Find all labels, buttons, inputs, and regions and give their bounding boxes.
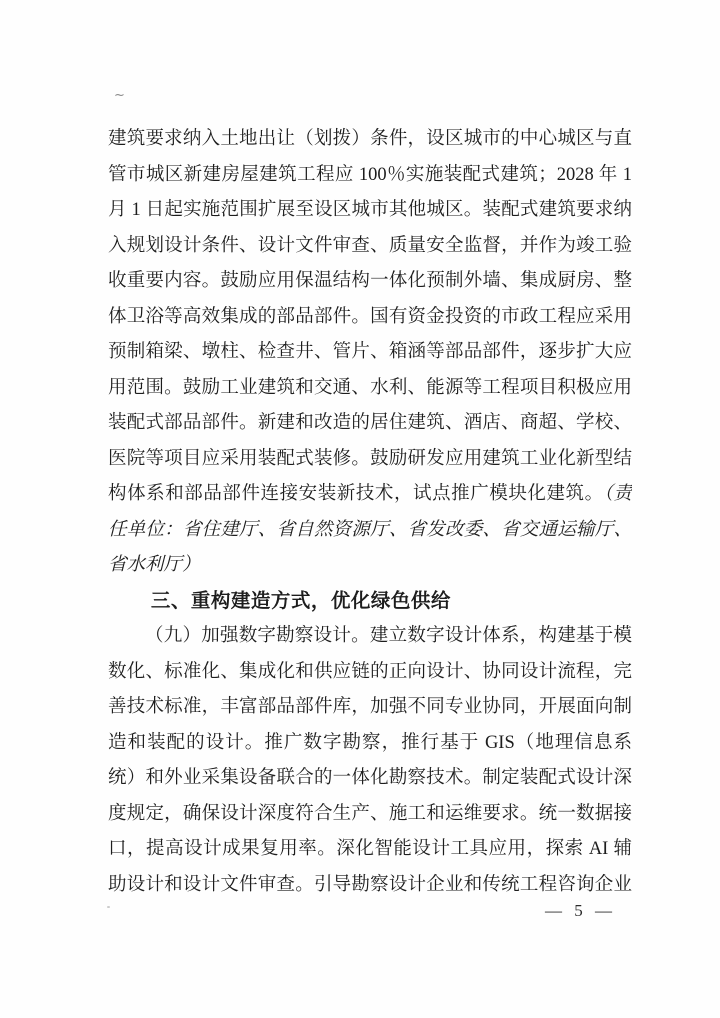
body-text-segment: 构体系和部品部件连接安装新技术，试点推广模块化建筑。 xyxy=(108,484,604,504)
body-text-line: 造和装配的设计。推广数字勘察，推行基于 GIS（地理信息系 xyxy=(108,726,632,762)
scan-artifact-mark: ~ xyxy=(114,88,125,103)
body-text-line: 月 1 日起实施范围扩展至设区城市其他城区。装配式建筑要求纳 xyxy=(108,193,632,229)
responsibility-unit-line: 省水利厅） xyxy=(108,548,632,584)
body-text-line: 建筑要求纳入土地出让（划拨）条件，设区城市的中心城区与直 xyxy=(108,122,632,158)
responsibility-unit-line: 任单位：省住建厅、省自然资源厅、省发改委、省交通运输厅、 xyxy=(108,513,632,549)
body-text-line: 统）和外业采集设备联合的一体化勘察技术。制定装配式设计深 xyxy=(108,761,632,797)
body-text-line: 体卫浴等高效集成的部品部件。国有资金投资的市政工程应采用 xyxy=(108,300,632,336)
page-number: — 5 — xyxy=(545,901,616,921)
body-text-line: 数化、标准化、集成化和供应链的正向设计、协同设计流程，完 xyxy=(108,655,632,691)
body-text-line: 口，提高设计成果复用率。深化智能设计工具应用，探索 AI 辅 xyxy=(108,832,632,868)
section-heading: 三、重构建造方式，优化绿色供给 xyxy=(108,584,632,620)
body-text-line: 善技术标准，丰富部品部件库，加强不同专业协同，开展面向制 xyxy=(108,690,632,726)
body-text-line: 管市城区新建房屋建筑工程应 100％实施装配式建筑；2028 年 1 xyxy=(108,158,632,194)
body-text-line: 度规定，确保设计深度符合生产、施工和运维要求。统一数据接 xyxy=(108,797,632,833)
body-text-line: 助设计和设计文件审查。引导勘察设计企业和传统工程咨询企业 xyxy=(108,868,632,904)
body-text-line: 收重要内容。鼓励应用保温结构一体化预制外墙、集成厨房、整 xyxy=(108,264,632,300)
document-body: 建筑要求纳入土地出让（划拨）条件，设区城市的中心城区与直 管市城区新建房屋建筑工… xyxy=(108,122,632,903)
responsibility-unit-segment: （责 xyxy=(604,484,632,504)
body-text-line: 装配式部品部件。新建和改造的居住建筑、酒店、商超、学校、 xyxy=(108,406,632,442)
body-text-line: 医院等项目应采用装配式装修。鼓励研发应用建筑工业化新型结 xyxy=(108,442,632,478)
body-text-line: 用范围。鼓励工业建筑和交通、水利、能源等工程项目积极应用 xyxy=(108,371,632,407)
scan-speck xyxy=(107,906,110,908)
body-text-line-mixed: 构体系和部品部件连接安装新技术，试点推广模块化建筑。（责 xyxy=(108,477,632,513)
scanned-document-page: ~ 建筑要求纳入土地出让（划拨）条件，设区城市的中心城区与直 管市城区新建房屋建… xyxy=(0,0,720,1018)
body-text-line: 预制箱梁、墩柱、检查井、管片、箱涵等部品部件，逐步扩大应 xyxy=(108,335,632,371)
body-text-line: 入规划设计条件、设计文件审查、质量安全监督，并作为竣工验 xyxy=(108,229,632,265)
body-text-line: （九）加强数字勘察设计。建立数字设计体系，构建基于模 xyxy=(108,619,632,655)
